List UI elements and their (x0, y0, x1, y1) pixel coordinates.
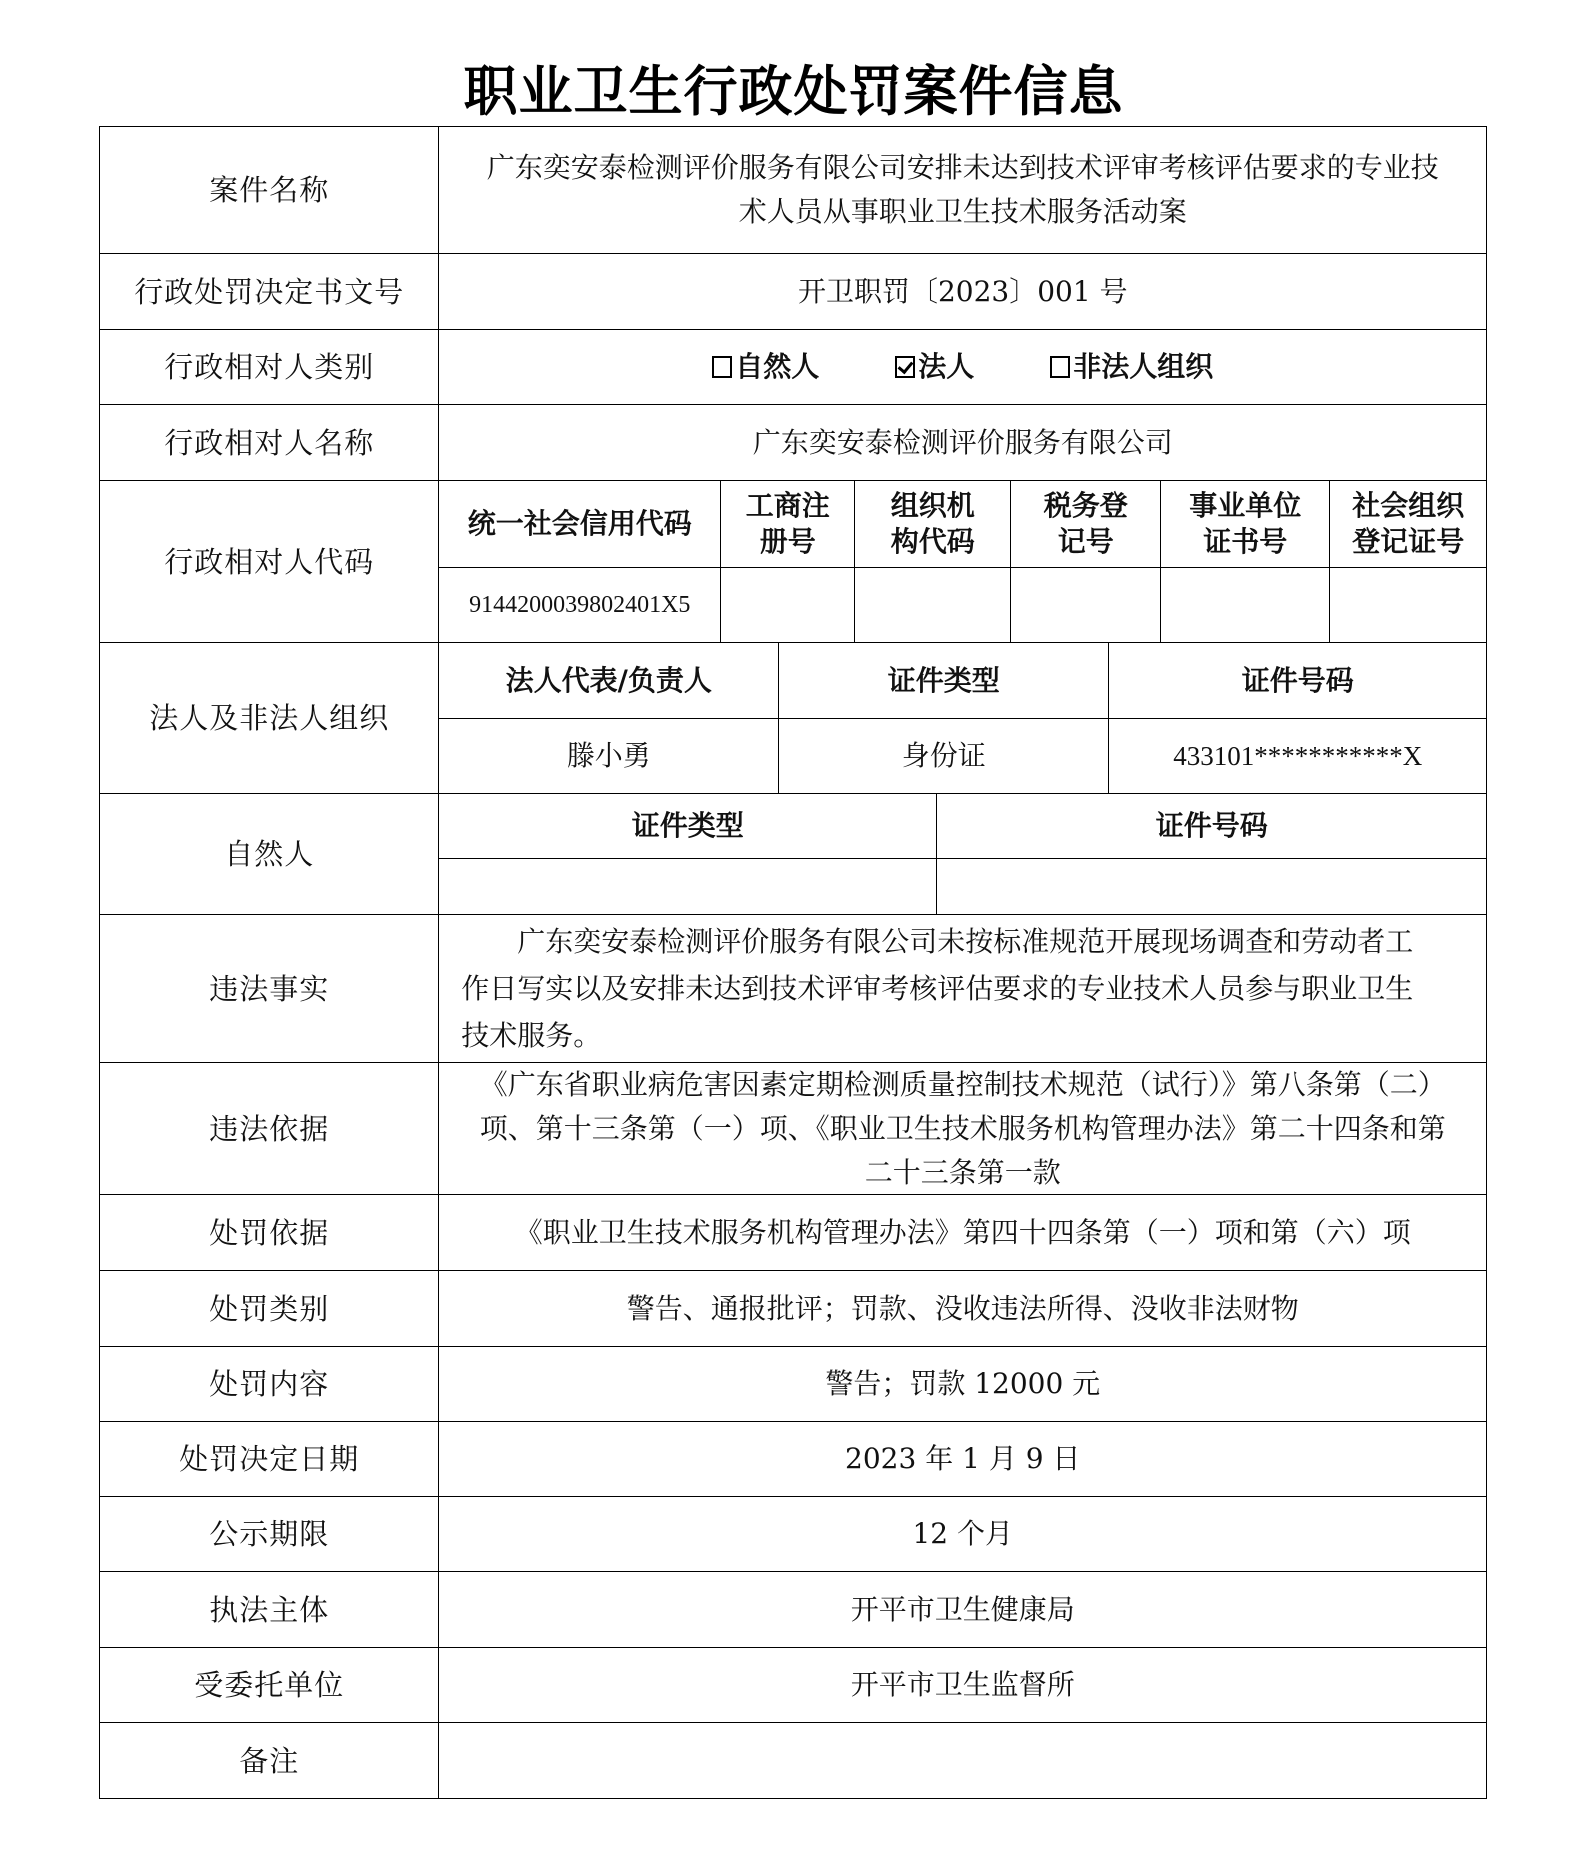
violation-basis-line-3: 二十三条第一款 (865, 1151, 1061, 1195)
value-decision-date: 2023 年 1 月 9 日 (438, 1421, 1487, 1497)
value-institution-cert-no (1160, 567, 1330, 643)
header-business-reg-no: 工商注 册号 (720, 480, 855, 568)
header-id-type: 证件类型 (778, 642, 1109, 719)
case-info-table: 案件名称 广东奕安泰检测评价服务有限公司安排未达到技术评审考核评估要求的专业技 … (100, 127, 1488, 1799)
header-tax-reg-no: 税务登 记号 (1010, 480, 1161, 568)
option-label: 自然人 (735, 345, 819, 389)
label-decision-no: 行政处罚决定书文号 (99, 253, 439, 330)
option-label: 法人 (918, 345, 974, 389)
option-label: 非法人组织 (1073, 345, 1213, 389)
value-unified-credit-code: 9144200039802401X5 (438, 567, 721, 643)
label-violation-basis: 违法依据 (99, 1062, 439, 1195)
facts-line-3: 技术服务。 (461, 1012, 1466, 1059)
value-business-reg-no (720, 567, 855, 643)
label-case-name: 案件名称 (99, 126, 439, 254)
label-party-type: 行政相对人类别 (99, 329, 439, 405)
header-id-number: 证件号码 (1108, 642, 1487, 719)
value-np-id-number (936, 858, 1487, 915)
header-org-code: 组织机 构代码 (854, 480, 1011, 568)
header-line: 税务登 (1044, 488, 1128, 524)
value-social-org-cert-no (1329, 567, 1487, 643)
value-remarks (438, 1722, 1487, 1799)
header-line: 册号 (760, 524, 816, 560)
label-penalty-basis: 处罚依据 (99, 1194, 439, 1271)
violation-basis-line-1: 《广东省职业病危害因素定期检测质量控制技术规范（试行）》第八条第（二） (480, 1063, 1446, 1107)
value-id-number: 433101***********X (1108, 718, 1487, 794)
option-legal-person[interactable]: 法人 (895, 345, 974, 389)
checkbox-unchecked-icon[interactable] (712, 356, 732, 378)
value-legal-representative: 滕小勇 (438, 718, 779, 794)
checkbox-unchecked-icon[interactable] (1050, 356, 1070, 378)
value-facts: 广东奕安泰检测评价服务有限公司未按标准规范开展现场调查和劳动者工 作日写实以及安… (438, 914, 1487, 1063)
value-penalty-content: 警告；罚款 12000 元 (438, 1346, 1487, 1422)
header-np-id-type: 证件类型 (438, 793, 937, 859)
value-org-code (854, 567, 1011, 643)
value-party-name: 广东奕安泰检测评价服务有限公司 (438, 404, 1487, 481)
header-line: 登记证号 (1352, 524, 1464, 560)
value-tax-reg-no (1010, 567, 1161, 643)
header-social-org-cert-no: 社会组织 登记证号 (1329, 480, 1487, 568)
facts-line-1: 广东奕安泰检测评价服务有限公司未按标准规范开展现场调查和劳动者工 (461, 918, 1466, 965)
header-institution-cert-no: 事业单位 证书号 (1160, 480, 1330, 568)
header-unified-credit-code: 统一社会信用代码 (438, 480, 721, 568)
value-enforcer: 开平市卫生健康局 (438, 1571, 1487, 1648)
value-case-name: 广东奕安泰检测评价服务有限公司安排未达到技术评审考核评估要求的专业技 术人员从事… (438, 126, 1487, 254)
value-id-type: 身份证 (778, 718, 1109, 794)
party-type-options: 自然人 法人 非法人组织 (438, 329, 1487, 405)
label-penalty-type: 处罚类别 (99, 1270, 439, 1347)
header-legal-representative: 法人代表/负责人 (438, 642, 779, 719)
header-line: 证书号 (1203, 524, 1287, 560)
header-line: 事业单位 (1189, 488, 1301, 524)
label-publicity-period: 公示期限 (99, 1496, 439, 1572)
facts-line-2: 作日写实以及安排未达到技术评审考核评估要求的专业技术人员参与职业卫生 (461, 965, 1466, 1012)
header-line: 工商注 (746, 488, 830, 524)
header-line: 组织机 (891, 488, 975, 524)
option-unincorporated-org[interactable]: 非法人组织 (1050, 345, 1213, 389)
page-title: 职业卫生行政处罚案件信息 (0, 58, 1587, 124)
header-line: 构代码 (891, 524, 975, 560)
value-violation-basis: 《广东省职业病危害因素定期检测质量控制技术规范（试行）》第八条第（二） 项、第十… (438, 1062, 1487, 1195)
label-penalty-content: 处罚内容 (99, 1346, 439, 1422)
case-name-line-2: 术人员从事职业卫生技术服务活动案 (739, 190, 1187, 234)
value-publicity-period: 12 个月 (438, 1496, 1487, 1572)
label-party-code: 行政相对人代码 (99, 480, 439, 643)
label-legal-org: 法人及非法人组织 (99, 642, 439, 794)
header-line: 社会组织 (1352, 488, 1464, 524)
label-facts: 违法事实 (99, 914, 439, 1063)
value-entrusted-unit: 开平市卫生监督所 (438, 1647, 1487, 1723)
label-natural-person: 自然人 (99, 793, 439, 915)
header-line: 记号 (1058, 524, 1114, 560)
header-np-id-number: 证件号码 (936, 793, 1487, 859)
label-party-name: 行政相对人名称 (99, 404, 439, 481)
label-decision-date: 处罚决定日期 (99, 1421, 439, 1497)
value-decision-no: 开卫职罚〔2023〕001 号 (438, 253, 1487, 330)
value-penalty-type: 警告、通报批评；罚款、没收违法所得、没收非法财物 (438, 1270, 1487, 1347)
case-name-line-1: 广东奕安泰检测评价服务有限公司安排未达到技术评审考核评估要求的专业技 (487, 146, 1439, 190)
value-penalty-basis: 《职业卫生技术服务机构管理办法》第四十四条第（一）项和第（六）项 (438, 1194, 1487, 1271)
label-remarks: 备注 (99, 1722, 439, 1799)
value-np-id-type (438, 858, 937, 915)
option-natural-person[interactable]: 自然人 (712, 345, 819, 389)
violation-basis-line-2: 项、第十三条第（一）项、《职业卫生技术服务机构管理办法》第二十四条和第 (480, 1107, 1446, 1151)
label-enforcer: 执法主体 (99, 1571, 439, 1648)
checkbox-checked-icon[interactable] (895, 356, 915, 378)
label-entrusted-unit: 受委托单位 (99, 1647, 439, 1723)
